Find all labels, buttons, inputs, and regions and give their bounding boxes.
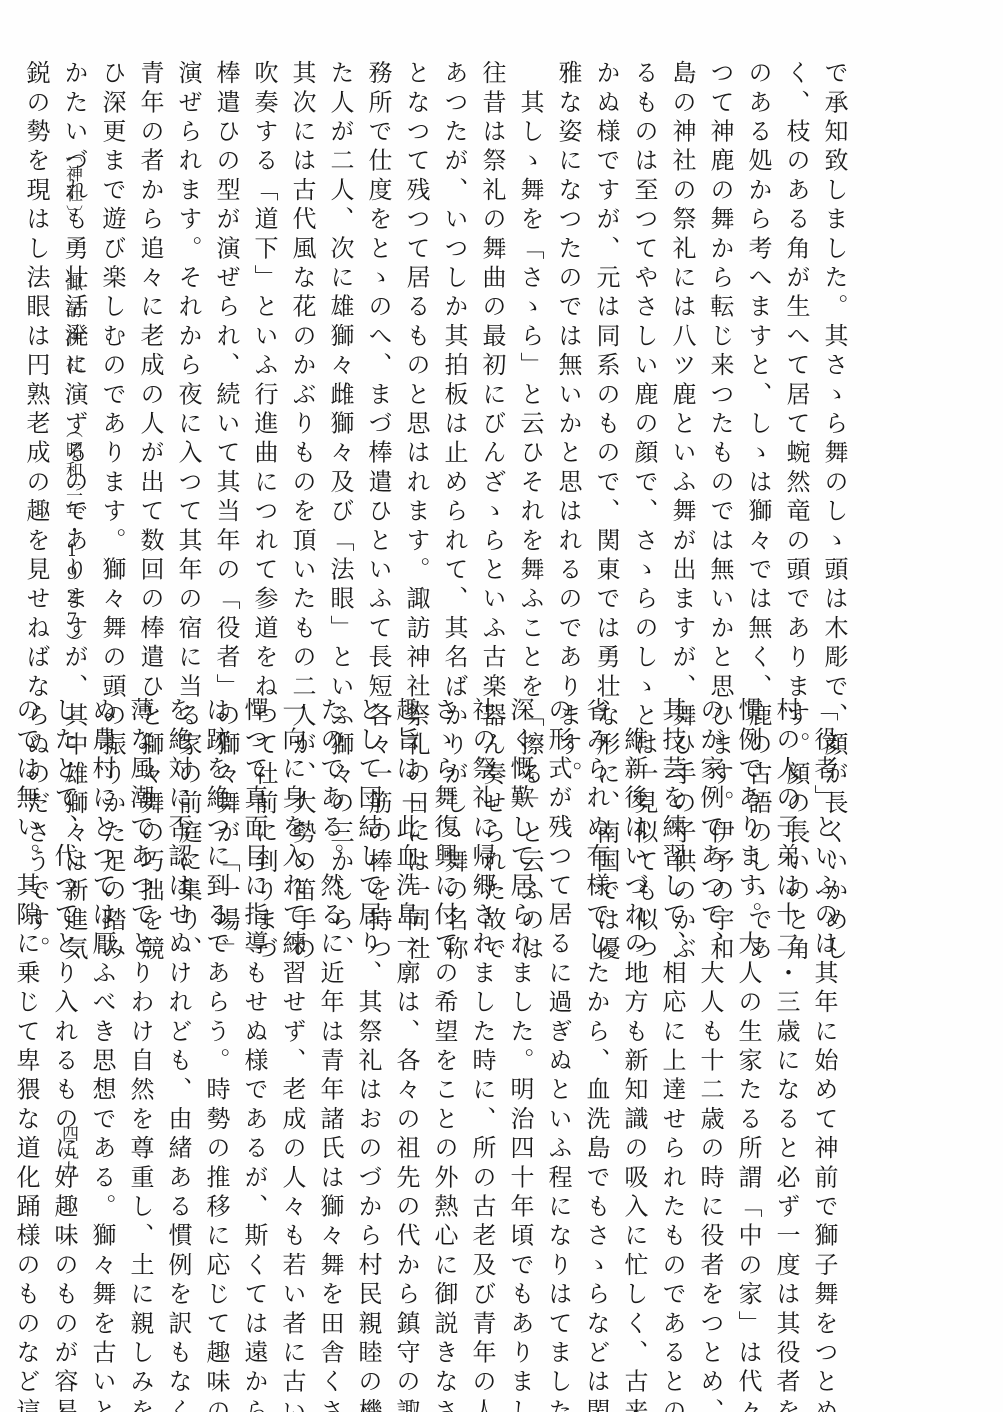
text-column: 深く慨歎して居られました。明治四十年頃でもありましたか、諏訪神 [501,697,539,1287]
text-column: となつて残つて居るものと思はれます。諏訪神社祭礼の日には一同社 [397,60,435,650]
text-column: かぬ様ですが、元は同系のもので、関東では勇壮な形に、南国では優 [587,60,625,650]
text-column: 青年の者から追々に老成の人が出て数回の棒遣ひと獅々舞の巧拙を競 [131,60,169,650]
text-column: あつたが、いつしか其拍板は止められて、其名ばかりがしゝ舞の名称 [435,60,473,650]
text-column: 維新後はいづれの地方も新知識の吸入に忙しく、古来の慣習などは [615,697,653,1287]
text-column: 慣例であります。大人の生家たる所謂「中の家」は代々雄獅々を擦る [729,697,767,1287]
text-column: 雅な姿になつたのでは無いかと思はれるのであります。 [549,60,587,650]
text-column: 「役者」といふのは其年に始めて神前で獅子舞をつとめる者であつて [805,697,843,1287]
text-column: で承知致しました。其さゝら舞のしゝ頭は木彫で、顔が長くいかめし [815,60,853,650]
text-column: 省みられぬ有様でしたから、血洗島でもさゝらなどは閑却されてほん [577,697,615,1287]
text-column: のが家例であつて、大人も十二歳の時に役者をつとめ、後八・九年間 [691,697,729,1287]
text-column: したとて、代つてとり入れるものに好趣味のものが容易に得らるゝも [45,697,83,1287]
text-column: 其しゝ舞を「さゝら」と云ひそれを舞ふことを「擦る」と云ふのは [511,60,549,650]
text-column: 村の人の子弟は十二・三歳になると必ず一度は其役者をつとめるのが [767,697,805,1287]
text-column: として団結して居り、其祭礼はおのづから村民親睦の機関と為つて居 [349,697,387,1287]
text-column: 其技芸を練習して、相応に上達せられたものであるとのことです。 [653,697,691,1287]
text-column: た人が二人、次に雄獅々雌獅々及び「法眼」といふ獅々の三かしら、 [321,60,359,650]
text-column: 其次には古代風な花のかぶりものを頂いたもの二人が、大勢の笛手の [283,60,321,650]
text-block-upper: で承知致しました。其さゝら舞のしゝ頭は木彫で、顔が長くいかめし く、枝のある角が… [17,60,853,650]
text-column: 務所で仕度をとゝのへ、まづ棒遣ひといふて長短各々一筋の棒を持つ [359,60,397,650]
text-column: 島の神社の祭礼には八ツ鹿といふ舞が出ますが、舞ひ手の子供のかぶ [663,60,701,650]
text-column: 演ぜられます。それから夜に入つて其年の宿に当る家の前庭に集り、 [169,60,207,650]
text-column: 鋭の勢を現はし法眼は円熟老成の趣を見せねばならぬのださうです。 [17,60,55,650]
text-column: さゝら舞復興に付ての希望をことの外熱心に御説きなされました。其 [425,697,463,1287]
text-block-lower: 「役者」といふのは其年に始めて神前で獅子舞をつとめる者であつて 村の人の子弟は十… [7,697,843,1287]
text-column: の形式が残つて居るに過ぎぬといふ程になりはてましたのを、大人は [539,697,577,1287]
text-column: 社の祭礼に帰郷されました時に、所の古老及び青年の人々を集めて、 [463,697,501,1287]
text-column: かたいづれも勇壮活溌に演ずるのでありますが、其中雄獅々は新進気 [55,60,93,650]
text-column: 吹奏する「道下」といふ行進曲につれて参道をねつて社前に到りまづ [245,60,283,650]
text-column: く、枝のある角が生へて居て蜿然竜の頭であります。顔の長いのと角 [777,60,815,650]
text-column: を絶対に否認はせぬけれども、由緒ある慣例を訳もなく抛棄するは浮 [159,697,197,1287]
text-column: たのである。然るに近年は青年諸氏は獅々舞を田舎くさいとか云ふて [311,697,349,1287]
text-column: るものは至つてやさしい鹿の顔で、さゝらのしゝとは一見似ても似つ [625,60,663,650]
text-column: のでは無い。其隙に乗じて卑猥な道化踊様のものなど這入つて来るな [7,697,45,1287]
book-page: 〔神社〕 諏訪神社 （昭和二年・1927） で承知致しました。其さゝら舞のしゝ頭… [0,0,1003,1412]
text-column: は跡を絶つに到るであらう。時勢の推移に応じて趣味の変り行くこと [197,697,235,1287]
text-column: 薄な風潮であつてとりわけ自然を尊重し、土に親しみを持たねばなら [121,697,159,1287]
text-column: つて神鹿の舞から転じ来つたものでは無いかと思ひます。伊予の宇和 [701,60,739,650]
text-column: 往昔は祭礼の舞曲の最初にびんざゝらといふ古楽器ん奏せられた故で [473,60,511,650]
text-column: のある処から考へますと、しゝは獅々では無く、鹿の古語のしゝであ [739,60,777,650]
text-column: 憚つて真面目に指導もせぬ様であるが、斯くては遠からず此さゝら舞 [235,697,273,1287]
page-number: 四九九 [56,1125,81,1179]
text-column: ぬ農村にとつては厭ふべき思想である。獅々舞を古いといふて止めに [83,697,121,1287]
text-column: 棒遣ひの型が演ぜられ、続いて其当年の「役者」の獅々舞が「一場」 [207,60,245,650]
text-column: 一向に身を入れて練習せず、老成の人々も若い者に古いと云はるゝを [273,697,311,1287]
text-column: 趣旨は「此血洗島一廓は、各々の祖先の代から鎮守の諏訪明神を中心 [387,697,425,1287]
text-column: ひ深更まで遊び楽しむのであります。獅々舞の頭の振りかた足の踏み [93,60,131,650]
